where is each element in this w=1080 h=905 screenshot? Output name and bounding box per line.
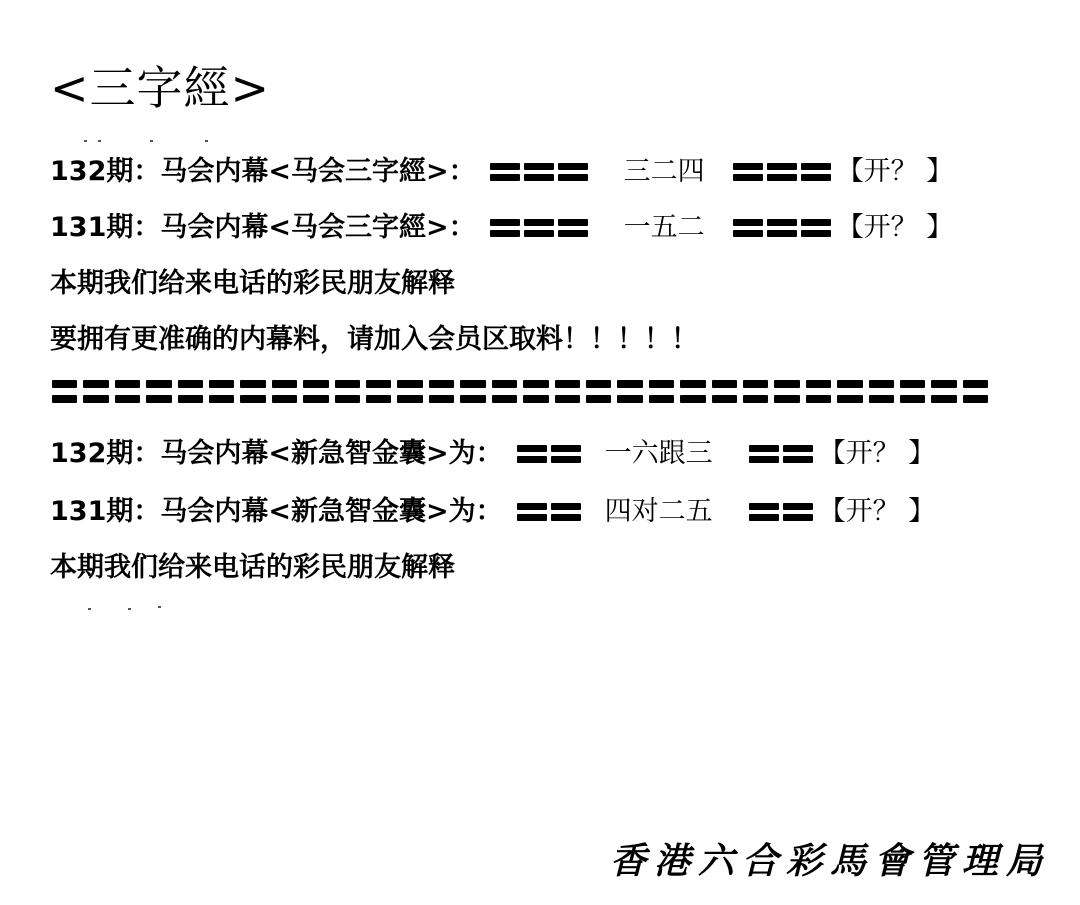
answer-text: 一六跟三 (605, 436, 713, 472)
page-title: <三字經> (50, 58, 270, 118)
jinnang-row-131: 131期 ：马会内幕<新急智金囊>为： 四对二五 【开？ 】 (50, 494, 935, 530)
answer-text: 四对二五 (605, 494, 713, 530)
jinnang-row-132: 132期 ：马会内幕<新急智金囊>为： 一六跟三 【开？ 】 (50, 436, 935, 472)
scan-speck (84, 140, 87, 142)
answer-text: 一五二 (624, 210, 705, 246)
redacted-blocks (733, 219, 831, 237)
row-label: ：马会内幕<马会三字經>： (133, 154, 475, 190)
member-promo: 要拥有更准确的内幕料，请加入会员区取料！！！！！ (50, 322, 698, 358)
explanation-note: 本期我们给来电话的彩民朋友解释 (50, 550, 455, 586)
scan-speck (128, 608, 131, 610)
row-label: ：马会内幕<马会三字經>： (133, 210, 475, 246)
result-status: 【开？ 】 (837, 210, 954, 246)
result-status: 【开？ 】 (819, 436, 936, 472)
result-status: 【开？ 】 (819, 494, 936, 530)
redacted-blocks (490, 163, 588, 181)
scan-speck (158, 606, 161, 608)
scan-speck (205, 140, 208, 142)
explanation-note: 本期我们给来电话的彩民朋友解释 (50, 266, 455, 302)
block-divider (52, 380, 988, 403)
redacted-blocks (490, 219, 588, 237)
scan-speck (88, 608, 91, 610)
footer-signature: 香港六合彩馬會管理局 (610, 833, 1050, 884)
row-label: ：马会内幕<新急智金囊>为： (133, 494, 502, 530)
answer-text: 三二四 (624, 154, 705, 190)
result-status: 【开？ 】 (837, 154, 954, 190)
issue-number: 131期 (50, 494, 133, 530)
issue-number: 132期 (50, 436, 133, 472)
sanzijing-row-131: 131期 ：马会内幕<马会三字經>： 一五二 【开？ 】 (50, 210, 953, 246)
scan-speck (150, 140, 153, 142)
redacted-blocks (517, 503, 581, 521)
redacted-blocks (749, 503, 813, 521)
redacted-blocks (733, 163, 831, 181)
issue-number: 132期 (50, 154, 133, 190)
redacted-blocks (517, 445, 581, 463)
redacted-blocks (749, 445, 813, 463)
row-label: ：马会内幕<新急智金囊>为： (133, 436, 502, 472)
scan-speck (98, 140, 101, 142)
sanzijing-row-132: 132期 ：马会内幕<马会三字經>： 三二四 【开？ 】 (50, 154, 953, 190)
issue-number: 131期 (50, 210, 133, 246)
